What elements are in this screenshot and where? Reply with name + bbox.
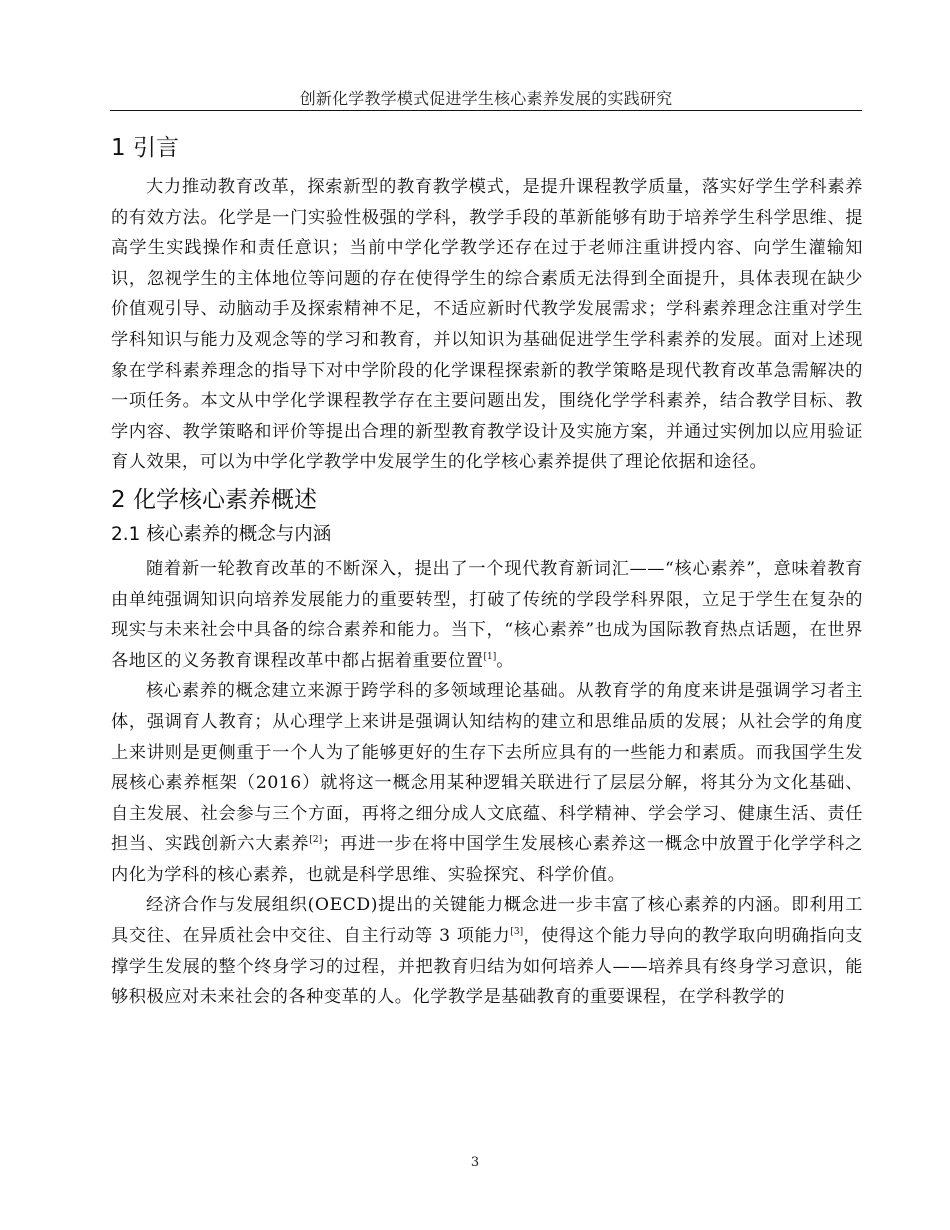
page-number: 3 [0,1155,950,1170]
document-page: 创新化学教学模式促进学生核心素养发展的实践研究 1 引言 大力推动教育改革，探索… [0,0,950,1230]
paragraph-introduction: 大力推动教育改革，探索新型的教育教学模式，是提升课程教学质量，落实好学生学科素养… [111,172,863,478]
header-rule [110,110,862,111]
paragraph-core-literacy-foundation: 核心素养的概念建立来源于跨学科的多领域理论基础。从教育学的角度来讲是强调学习者主… [111,676,863,890]
citation-ref-1: [1] [484,652,497,662]
section-heading-core-literacy-overview: 2 化学核心素养概述 [111,482,863,518]
page-content: 1 引言 大力推动教育改革，探索新型的教育教学模式，是提升课程教学质量，落实好学… [111,130,863,1013]
subsection-heading-concept-and-connotation: 2.1 核心素养的概念与内涵 [111,520,863,550]
citation-ref-3: [3] [510,927,523,937]
paragraph-text: 。 [496,651,514,671]
paragraph-core-literacy-definition: 随着新一轮教育改革的不断深入，提出了一个现代教育新词汇——“核心素养”，意味着教… [111,554,863,676]
citation-ref-2: [2] [309,835,322,845]
section-heading-introduction: 1 引言 [111,130,863,166]
paragraph-text: 核心素养的概念建立来源于跨学科的多领域理论基础。从教育学的角度来讲是强调学习者主… [111,681,863,854]
paragraph-oecd-competencies: 经济合作与发展组织(OECD)提出的关键能力概念进一步丰富了核心素养的内涵。即利… [111,890,863,1012]
running-header-title: 创新化学教学模式促进学生核心素养发展的实践研究 [110,88,862,110]
